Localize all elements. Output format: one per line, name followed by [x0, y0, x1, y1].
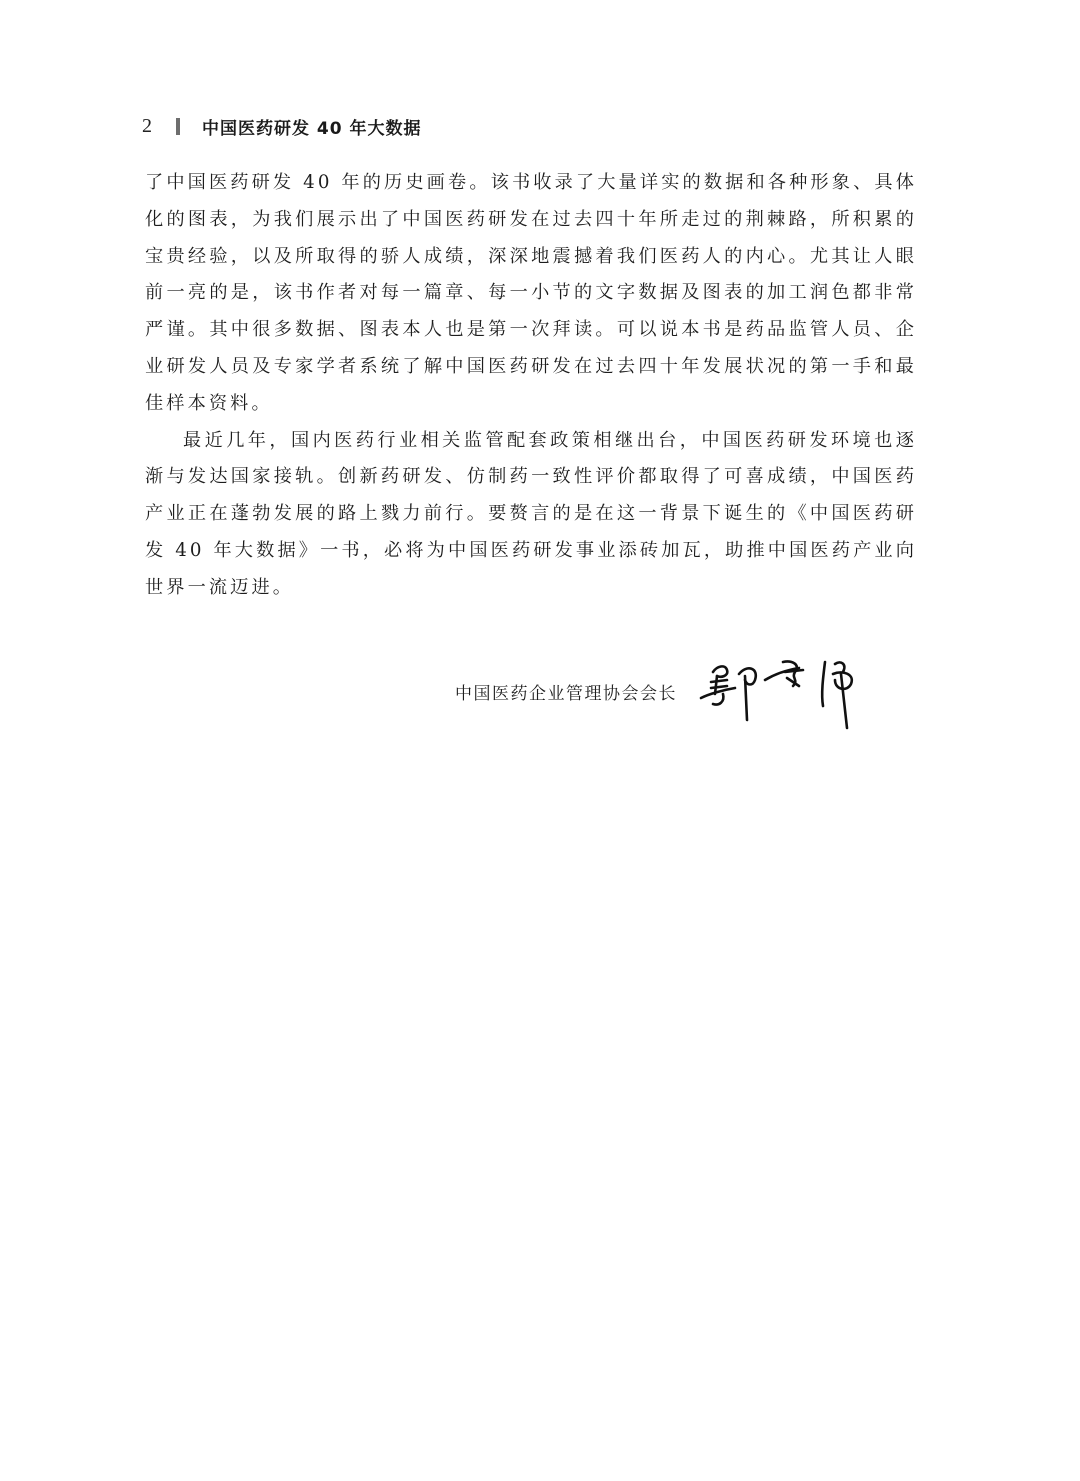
paragraph-continued: 了中国医药研发 40 年的历史画卷。该书收录了大量详实的数据和各种形象、具体化的…: [145, 165, 917, 423]
signature-block: 中国医药企业管理协会会长: [455, 650, 862, 730]
signatory-title: 中国医药企业管理协会会长: [455, 679, 677, 704]
paragraph: 最近几年，国内医药行业相关监管配套政策相继出台，中国医药研发环境也逐渐与发达国家…: [145, 423, 917, 607]
book-title: 中国医药研发 40 年大数据: [202, 114, 422, 139]
running-header: 2 中国医药研发 40 年大数据: [142, 112, 422, 140]
body-text: 了中国医药研发 40 年的历史画卷。该书收录了大量详实的数据和各种形象、具体化的…: [145, 165, 917, 607]
header-divider-bar: [176, 118, 180, 135]
handwritten-signature-icon: [687, 650, 862, 730]
page-number: 2: [142, 115, 174, 138]
